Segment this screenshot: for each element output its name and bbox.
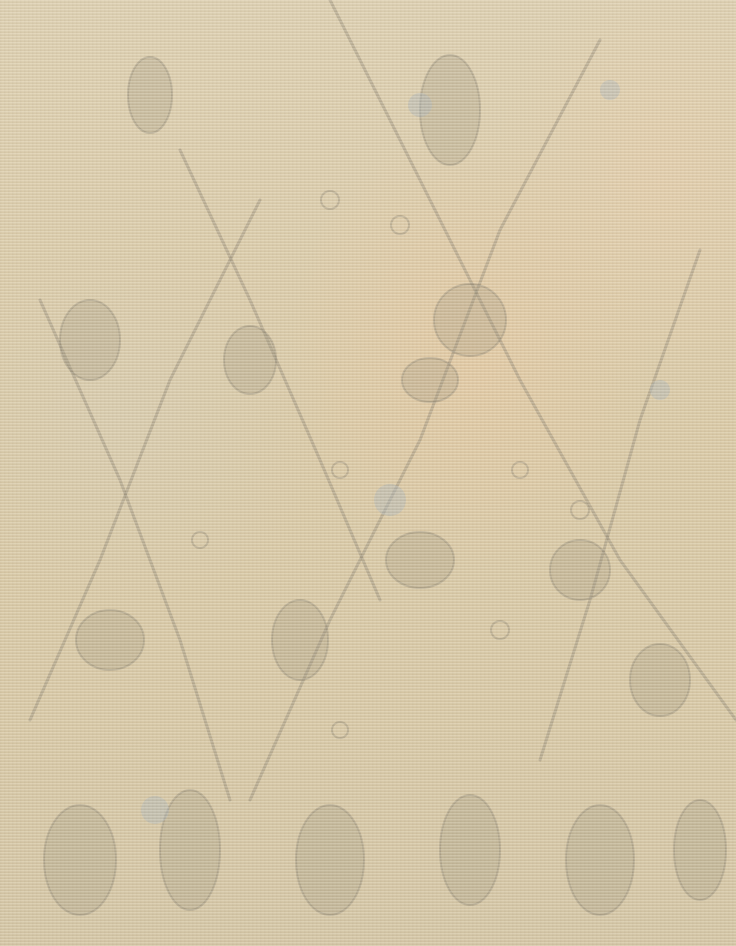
rosette [391, 216, 409, 234]
blue-accent [141, 796, 169, 824]
flower-motif [402, 358, 458, 402]
leaf-motif [60, 300, 120, 380]
border-motif [296, 805, 364, 915]
rosette [571, 501, 589, 519]
border-motif [160, 790, 220, 910]
blue-accent [650, 380, 670, 400]
leaf-motif [128, 57, 172, 133]
flower-motif [386, 532, 454, 588]
lattice-line [180, 150, 380, 600]
leaf-motif [630, 644, 690, 716]
rosette [192, 532, 208, 548]
leaf-motif [272, 600, 328, 680]
lattice-line [40, 300, 230, 800]
rosette [491, 621, 509, 639]
flower-motif [434, 284, 506, 356]
rosette [321, 191, 339, 209]
border-motif [440, 795, 500, 905]
border-motif [674, 800, 726, 900]
flower-motif [550, 540, 610, 600]
blue-accent [408, 93, 432, 117]
blue-flower-accent [374, 484, 406, 516]
rosette [512, 462, 528, 478]
lattice-line [30, 200, 260, 720]
leaf-motif [224, 326, 276, 394]
rosette [332, 722, 348, 738]
blue-accent [600, 80, 620, 100]
rosette [332, 462, 348, 478]
floral-lattice-pattern [0, 0, 736, 946]
border-motif [44, 805, 116, 915]
leaf-motif [76, 610, 144, 670]
border-motif [566, 805, 634, 915]
lattice-line [330, 0, 736, 720]
rug-photo [0, 0, 736, 946]
